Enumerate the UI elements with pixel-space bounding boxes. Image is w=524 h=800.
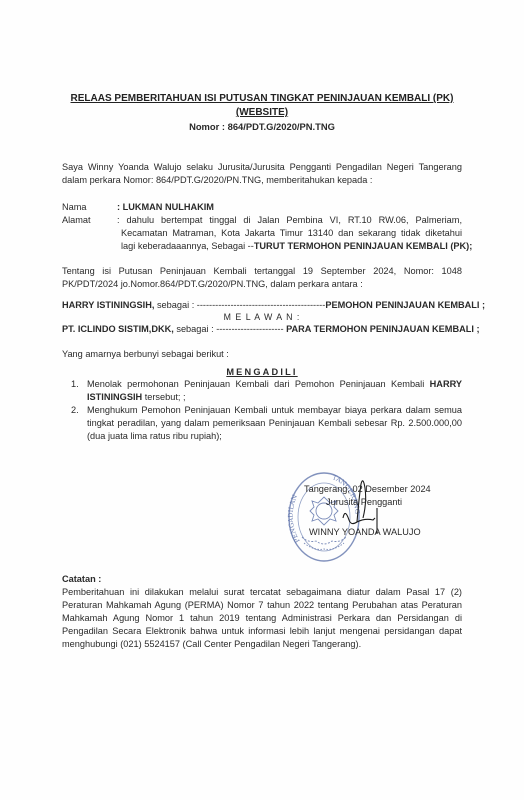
- verdict-item-1-line-1: Menolak permohonan Peninjauan Kembali da…: [87, 378, 462, 391]
- petitioner-role: PEMOHON PENINJAUAN KEMBALI ;: [325, 300, 485, 310]
- notes-line-1: Pemberitahuan ini dilakukan melalui sura…: [62, 586, 462, 599]
- verdict-item-2-number: 2.: [71, 404, 79, 417]
- petitioner-name: HARRY ISTININGSIH,: [62, 300, 154, 310]
- document-number: Nomor : 864/PDT.G/2020/PN.TNG: [0, 120, 524, 133]
- document-title: RELAAS PEMBERITAHUAN ISI PUTUSAN TINGKAT…: [0, 92, 524, 105]
- verdict-item-1-party-cont: ISTININGSIH: [87, 392, 142, 402]
- subject-line-1: Tentang isi Putusan Peninjauan Kembali t…: [62, 265, 462, 278]
- notes-heading: Catatan :: [62, 573, 101, 586]
- notes-line-2: Peraturan Mahkamah Agung (PERMA) Nomor 7…: [62, 599, 462, 612]
- svg-text:PENGADILAN: PENGADILAN: [287, 493, 302, 544]
- verdict-item-2-line-1: Menghukum Pemohon Peninjauan Kembali unt…: [87, 404, 462, 417]
- intro-line-1: Saya Winny Yoanda Walujo selaku Jurusita…: [62, 161, 462, 174]
- subject-line-2: PK/PDT/2024 jo.Nomor.864/PDT.G/2020/PN.T…: [62, 278, 363, 291]
- signature-role: Jurusita Pengganti: [326, 496, 402, 509]
- address-line-2: Kecamatan Matraman, Kota Jakarta Timur 1…: [121, 227, 462, 240]
- verdict-item-1-line-2: ISTININGSIH tersebut; ;: [87, 391, 186, 404]
- address-line-3: lagi keberadaaannya, Sebagai --TURUT TER…: [121, 240, 472, 253]
- petitioner-line: HARRY ISTININGSIH, sebagai : -----------…: [62, 299, 485, 312]
- verdict-item-1-number: 1.: [71, 378, 79, 391]
- address-line-1: : dahulu bertempat tinggal di Jalan Pemb…: [117, 214, 462, 227]
- petitioner-sebagai: sebagai : ------------------------------…: [154, 300, 325, 310]
- respondent-role: PARA TERMOHON PENINJAUAN KEMBALI ;: [286, 324, 479, 334]
- verdict-item-1-text: Menolak permohonan Peninjauan Kembali da…: [87, 379, 430, 389]
- document-title-website: (WEBSITE): [0, 106, 524, 119]
- verdict-item-1-party: HARRY: [430, 379, 462, 389]
- verdict-item-2-line-3: (dua juata lima ratus ribu rupiah);: [87, 430, 222, 443]
- respondent-name: PT. ICLINDO SISTIM,DKK,: [62, 324, 174, 334]
- intro-line-2: dalam perkara Nomor: 864/PDT.G/2020/PN.T…: [62, 174, 372, 187]
- signature-name: WINNY YOANDA WALUJO: [309, 526, 421, 539]
- notes-line-5: menghubungi (021) 5524157 (Call Center P…: [62, 638, 361, 651]
- notes-line-3: Mahkamah Agung Nomor 1 tahun 2019 tentan…: [62, 612, 462, 625]
- verdict-item-2-line-2: tingkat peradilan, yang dalam pemeriksaa…: [87, 417, 462, 430]
- signature-place-date: Tangerang, 02 Desember 2024: [304, 483, 431, 496]
- name-value: : LUKMAN NULHAKIM: [117, 201, 214, 214]
- address-line-3-text: lagi keberadaaannya, Sebagai --: [121, 241, 254, 251]
- document-page: RELAAS PEMBERITAHUAN ISI PUTUSAN TINGKAT…: [0, 0, 524, 800]
- respondent-line: PT. ICLINDO SISTIM,DKK, sebagai : ------…: [62, 323, 480, 336]
- address-label: Alamat: [62, 214, 91, 227]
- verdict-item-1-text-cont: tersebut; ;: [142, 392, 185, 402]
- notes-line-4: Pengadilan Secara Elektronik bahwa untuk…: [62, 625, 462, 638]
- verdict-intro: Yang amarnya berbunyi sebagai berikut :: [62, 348, 229, 361]
- name-label: Nama: [62, 201, 87, 214]
- recipient-role: TURUT TERMOHON PENINJAUAN KEMBALI (PK);: [254, 241, 472, 251]
- respondent-sebagai: sebagai : ----------------------: [174, 324, 286, 334]
